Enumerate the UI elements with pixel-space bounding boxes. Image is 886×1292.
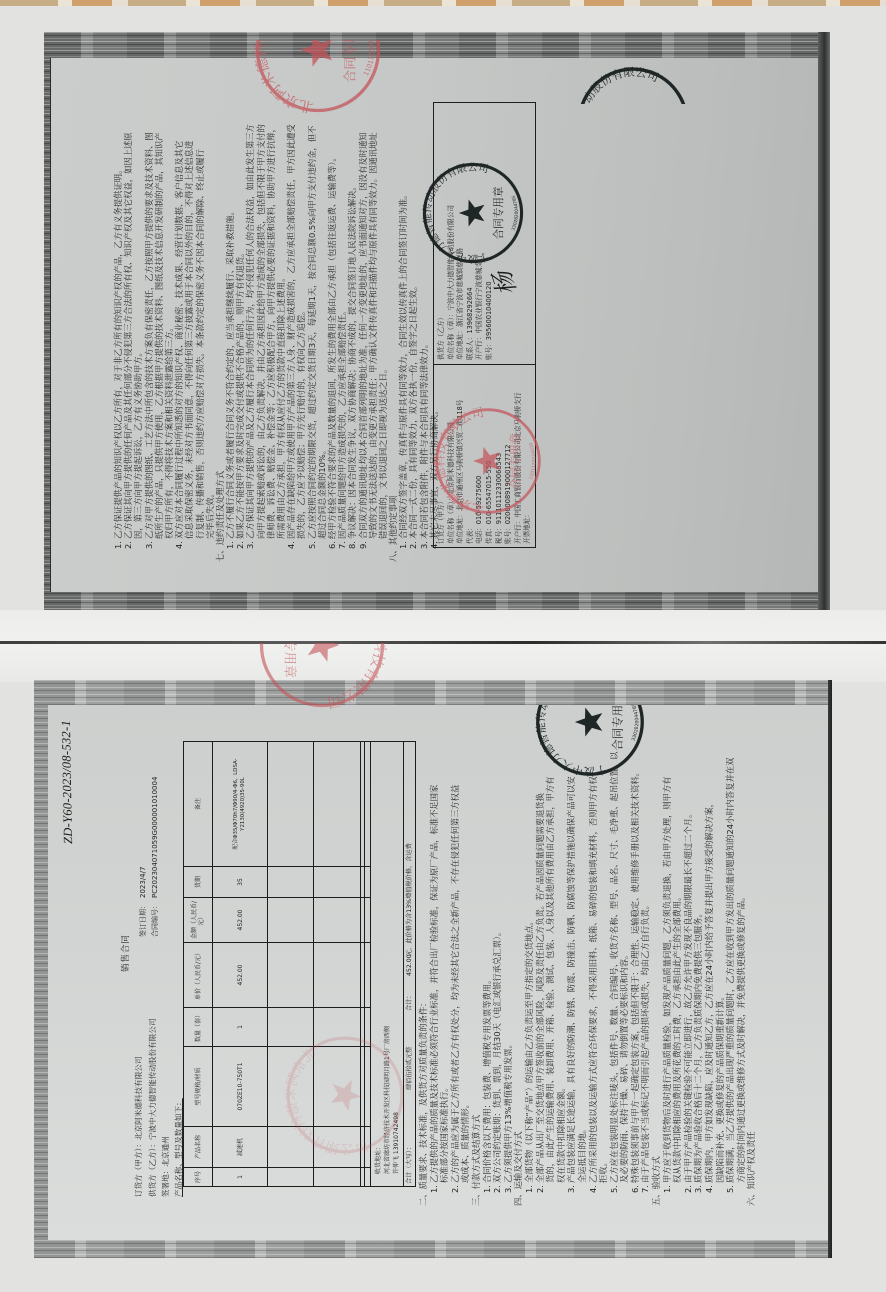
clause-line: 权从货款中扣除相应的费用及所花费的工时费，乙方承担由此产生的全部费用。 (672, 740, 683, 1206)
clause-number: 2. (683, 1183, 694, 1193)
stamp-center-text: 合同专用章 (508, 433, 522, 489)
clause-text: 因产品存在缺陷给甲方或使用甲方产品的第三方人身、财产造成损害的，乙方应承担全部赔… (286, 124, 296, 539)
table-cell (314, 1168, 361, 1187)
bottom-contract-sheet: ZD-Y60-2023/08-532-1 销售合同 订货方（甲方）：北京阿米德科… (34, 680, 832, 1258)
clause-line: 行复制、传播和销售，否则违约方应赔偿对方损失。本条款约定的保密义务不因本合同的解… (195, 92, 205, 562)
top-contract-sheet: 1.乙方保证提供产品的知识产权以乙方所有，对于非乙方所有的知识产权的产品，乙方有… (44, 32, 830, 610)
clause-text: 如果乙方不能按甲方要求及时完成交付或提供不合格产品的，则甲方有权退货。 (235, 249, 245, 539)
clause-text: 由于产品包装不当或标记不明而引起产品的损坏或损失，均由乙方自行负责。 (640, 901, 650, 1183)
clause-line: 1.合同价格含以下费用：包装费、增值税专用发票等费用。 (482, 740, 493, 1206)
table-cell: 452.00 (213, 943, 268, 1008)
clause-text: 权归甲方所有，不得将技术方案和相关资料泄露给第三方。 (164, 323, 174, 539)
clause-text: 由于甲方产品检验的关键检验不可能立即进行，故乙方允许甲方发现不良品的期限最长不超… (683, 810, 693, 1183)
clause-number: 5. (307, 539, 317, 549)
table-header-cell: 备注 (184, 742, 213, 867)
clause-number: 7. (640, 1183, 651, 1193)
document-title: 销售合同 (119, 934, 131, 972)
seam-stamp-buyer-top: 北京阿米德科技有限公司 合同专用章 1101120024010 (250, 40, 390, 116)
table-cell (314, 943, 361, 1008)
clause-text: 质保期内，甲方如发现缺陷，应及时通知乙方，乙方应在24小时内给予答复并提出甲方接… (704, 799, 714, 1183)
clause-text: 双方公司约定账期：货到、票到，月结30天（电汇或银行承兑汇票）。 (492, 928, 502, 1183)
stamp-arc-text: 北京阿米德科技有限公司 (325, 643, 387, 711)
seam-stamp-graphic: 北京阿米德科技有限公司 合同专用章 1101120024010 (250, 40, 390, 116)
clause-number: 5. (725, 1183, 736, 1193)
star-icon (308, 643, 340, 662)
clause-text: 完毕后失效。 (205, 489, 215, 539)
contract-number: 合同编号：PC202304071059G000001010004 (150, 777, 160, 937)
clause-line: 向甲方提起索赔或诉讼的，由乙方负责解决，并由乙方承担因此给甲方造成的全部损失，包… (256, 92, 266, 562)
clause-line: 1.全部货物（以下称“产品”）的运输由乙方负责运至甲方指定的交货地点。 (524, 740, 535, 1206)
table-header-cell: 数量（套） (184, 1008, 213, 1047)
clause-line: 1.乙方保证提供产品的知识产权以乙方所有，对于非乙方所有的知识产权的产品，乙方有… (113, 92, 123, 562)
clause-text: 及必要的防雨、保持干燥、易碎、请勿倒置等必要标识和内容。 (619, 951, 629, 1183)
star-icon (323, 1075, 365, 1117)
clause-number: 1. (225, 539, 235, 549)
clause-text: 乙方应在包装明显处标注唛头，包括件号、数量、合同编号、收货方名称、型号、品名、尺… (609, 752, 619, 1183)
clause-line: 因缺陷而补充、更换或修复的产品质保期重新计算。 (715, 740, 726, 1206)
clause-line: 所需费用由乙方承担，甲方有权从应付乙方的货款中直接扣除上述费用。 (276, 92, 286, 562)
clause-text: 货的，由此产生的运输费用、装卸费用、开箱、检验、测试、包装、人身以及其他所有费用… (545, 776, 555, 1183)
signing-date: 签订日期：2023/4/7 (138, 867, 148, 937)
star-icon (575, 708, 602, 737)
clause-line: 4.质保期内，甲方如发现缺陷，应及时通知乙方，乙方应在24小时内给予答复并提出甲… (704, 740, 715, 1206)
clause-text: 拒收。 (598, 1158, 608, 1183)
stamp-arc-textpath: 宁波中大力德智能传动股份有限公司 (420, 162, 489, 266)
table-header-cell: 金额（人民币/元） (184, 898, 213, 943)
clause-number: 3. (245, 539, 255, 549)
clause-line: 全运抵目的地。 (577, 740, 588, 1206)
clause-text: 方商定的时间内通过更换或维修方式及时解决，并免费提供更换或修复的产品。 (736, 893, 746, 1183)
clause-line: 7.由于产品包装不当或标记不明而引起产品的损坏或损失，均由乙方自行负责。 (640, 740, 651, 1206)
clause-number: 8. (347, 539, 357, 549)
clause-number: 2. (492, 1183, 503, 1193)
clause-text: 本合同一式二份，具有同等效力，双方各执一份，自签字之日起生效。 (408, 282, 418, 539)
table-cell: 1 (213, 1008, 268, 1047)
clause-list: 二、质量要求、技术标准，及供货方对质量负责的条件：1.乙方提供的产品的质量及技术… (418, 740, 757, 1206)
clause-text: 甲方应于收到货物后及时进行产品质量检验，如发现产品质量问题，乙方须负责退换，若由… (662, 776, 672, 1183)
clause-line: 2.如果乙方不能按甲方要求及时完成交付或提供不合格产品的，则甲方有权退货。 (235, 92, 245, 562)
clause-line: 3.乙方须提供甲方13%增值税专用发票。 (503, 740, 514, 1206)
clause-number: 7. (337, 539, 347, 549)
clause-line: 5.乙方应在包装明显处标注唛头，包括件号、数量、合同编号、收货方名称、型号、品名… (609, 740, 620, 1206)
clause-text: 全运抵目的地。 (577, 1125, 587, 1183)
clause-text: 标准部分按国家标准执行。 (439, 1083, 449, 1183)
top-sheet-page: 1.乙方保证提供产品的知识产权以乙方所有，对于非乙方所有的知识产权的产品，乙方有… (50, 58, 818, 592)
star-icon (473, 447, 500, 475)
clause-number: 1. (398, 539, 408, 549)
table-header-cell: 型号规格/材质 (184, 1047, 213, 1127)
clause-line: 5.乙方应按照合同约定的期限交货，超过约定交货日期3天，每延期1天，按合同总额0… (307, 92, 317, 562)
clause-line: 导致的文书无法送达的，由变更方承担责任；甲方确认文件传真件和扫描件均与原件具有同… (368, 92, 378, 562)
table-cell: 1 (213, 1168, 268, 1187)
section-heading: 五、验收方式 (651, 740, 662, 1206)
clause-text: 因，第三方向甲方提起诉讼，乙方有义务协助甲方。 (133, 348, 143, 539)
table-header-cell: 产品名称 (184, 1127, 213, 1168)
clause-line: 4.乙方所采用的包装以及运输方式应符合环保要求，不得采用旧料、纸箱、易碎的包装和… (588, 740, 599, 1206)
clause-text: 乙方应按照合同约定的期限交货，超过约定交货日期3天，每延期1天，按合同总额0.5… (307, 126, 317, 539)
clause-text: 错误退回的，文书以退回之日即视为送达之日。 (378, 365, 388, 539)
contract-number-label: 合同编号： (151, 902, 159, 937)
clause-text: 全部货物（以下称“产品”）的运输由乙方负责运至甲方指定的交货地点。 (524, 917, 534, 1183)
clause-line: 7.因产品质量问题给甲方造成损失的，乙方应承担全部赔偿责任。 (337, 92, 347, 562)
clause-text: 合同双方的通讯地址均以本合同首部列明的地址为准，任何一方变更地址的，应书面通知对… (358, 132, 368, 539)
clause-line: 权归甲方所有，不得将技术方案和相关资料泄露给第三方。 (164, 92, 174, 562)
clause-number: 2. (535, 1183, 546, 1193)
clause-line: 及必要的防雨、保持干燥、易碎、请勿倒置等必要标识和内容。 (619, 740, 630, 1206)
section-heading: 八、其他约定事项 (388, 92, 398, 562)
table-cell: 070ZE10-750T1 (213, 1047, 268, 1127)
clause-text: 或成本、质量的情形。 (460, 1100, 470, 1183)
clause-text: 行复制、传播和销售，否则违约方应赔偿对方损失。本条款约定的保密义务不因本合同的解… (195, 149, 205, 539)
table-cell (314, 742, 361, 867)
seller-contract-stamp: 宁波中大力德智能传动股份有限公司 合同专用章 3302820044785 (420, 160, 526, 266)
table-row: 1减速机070ZE10-750T11452.00452.0035配合Φ35/Φ7… (213, 742, 268, 1187)
star-icon (300, 40, 332, 67)
clause-line: 4.因产品存在缺陷给甲方或使用甲方产品的第三方人身、财产造成损害的，乙方应承担全… (286, 92, 296, 562)
clause-line: 3.产品包装应满足长途运输，具有良好的防潮、防锈、防震、防撞击、防晒、防腐蚀等保… (566, 740, 577, 1206)
stamp-arc-text: 宁波中大力德智能传动股份有限公司 (420, 162, 489, 266)
table-cell (268, 1168, 314, 1187)
clause-text: 乙方须提供甲方13%增值税专用发票。 (503, 1040, 513, 1183)
section-heading: 二、质量要求、技术标准，及供货方对质量负责的条件： (418, 740, 429, 1206)
clause-line: 3.乙方保证其向甲方提供的产品及乙方履行本合同所为的任何行为，均不侵犯任何人的合… (245, 92, 255, 562)
clause-number: 4. (286, 539, 296, 549)
clause-text: 因产品质量问题给甲方造成损失的，乙方应承担全部赔偿责任。 (337, 307, 347, 539)
total-note: 元，此价格为含13%增值税价格，含运费 (406, 843, 413, 956)
clause-line: 4.双方应对本合同履行过程中所知悉的对方的知识产权、商业秘密、技术成果、经营计划… (174, 92, 184, 562)
section-heading: 四、运输及交付方式 (513, 740, 524, 1206)
signing-date-value: 2023/4/7 (139, 867, 147, 898)
clause-text: 争议解决：因本合同发生争议，双方协商解决；协商不成的，提交合同签订地人民法院诉讼… (347, 182, 357, 539)
table-cell: 35 (213, 867, 268, 898)
section-heading: 六、知识产权及责任 (746, 740, 757, 1206)
clause-text: 合同价格含以下费用：包装费、增值税专用发票等费用。 (482, 976, 492, 1183)
clause-number: 4. (174, 539, 184, 549)
clause-text: 律师费、诉讼费、赔偿金、补偿金等；乙方应积极配合甲方，向甲方提供必要的证据和资料… (266, 124, 276, 539)
clause-text: 双方应对本合同履行过程中所知悉的对方的知识产权、商业秘密、技术成果、经营计划数据… (174, 141, 184, 539)
clause-number: 4. (588, 1183, 599, 1193)
fold-line (0, 641, 886, 644)
bottom-sheet-page: ZD-Y60-2023/08-532-1 销售合同 订货方（甲方）：北京阿米德科… (48, 705, 828, 1240)
clause-text: 权在货款中扣除相应金额。 (556, 1083, 566, 1183)
clause-line: 信息采取保密义务，未经对方书面同意，不得向任何第三方披露或用于本合同以外的目的，… (184, 92, 194, 562)
clause-number: 2. (123, 539, 133, 549)
clause-line: 1.乙方不履行合同义务或者履行合同义务不符合约定的，应当承担继续履行、采取补救措… (225, 92, 235, 562)
clause-text: 因缺陷而补充、更换或修复的产品质保期重新计算。 (715, 992, 725, 1183)
clause-text: 纸所生产的产品，只提供甲方使用，乙方根据甲方提供的技术资料、图纸及技术信息开发研… (154, 132, 164, 539)
star-icon (459, 200, 485, 227)
clause-line: 方商定的时间内通过更换或维修方式及时解决，并免费提供更换或修复的产品。 (736, 740, 747, 1206)
bleed-through-stamp: 北京阿米德科技有限公司 (283, 1033, 407, 1157)
clause-text: 信息采取保密义务，未经对方书面同意，不得向任何第三方披露或用于本合同以外的目的，… (184, 141, 194, 539)
clause-number: 9. (358, 539, 368, 549)
clause-text: 向甲方提起索赔或诉讼的，由乙方负责解决，并由乙方承担因此给甲方造成的全部损失，包… (256, 124, 266, 539)
clause-number: 4. (704, 1183, 715, 1193)
table-cell (314, 867, 361, 898)
stamp-arc-textpath: 北京阿米德科技有限公司 (325, 643, 387, 711)
scan-edge (828, 680, 832, 1258)
clause-number: 6. (327, 539, 337, 549)
clause-number: 1. (429, 1183, 440, 1193)
clause-line: 律师费、诉讼费、赔偿金、补偿金等；乙方应积极配合甲方，向甲方提供必要的证据和资料… (266, 92, 276, 562)
clause-line: 2.全部产品从出厂至交货地点甲方签收前的全部风险，风险及责任由乙方负责。若产品因… (535, 740, 546, 1206)
signing-place: 签署地：北京通州 (160, 1136, 171, 1197)
clause-line: 3.乙方对甲方提供的图纸、工艺方法中所包含的技术方案负有保密责任，乙方按照甲方提… (144, 92, 154, 562)
clause-line: 纸所生产的产品，只提供甲方使用，乙方根据甲方提供的技术资料、图纸及技术信息开发研… (154, 92, 164, 562)
stamp-center-text: 合同专用章 (492, 186, 505, 239)
clause-line: 货的，由此产生的运输费用、装卸费用、开箱、检验、测试、包装、人身以及其他所有费用… (545, 740, 556, 1206)
clause-text: 导致的文书无法送达的，由变更方承担责任；甲方确认文件传真件和扫描件均与原件具有同… (368, 132, 378, 539)
table-cell (268, 742, 314, 867)
clause-number: 3. (503, 1183, 514, 1193)
handwritten-file-code: ZD-Y60-2023/08-532-1 (59, 720, 76, 844)
clause-text: 超过合同总金额的10%。 (317, 446, 327, 539)
table-header-cell: 序号 (184, 1168, 213, 1187)
clause-number: 2. (408, 539, 418, 549)
clause-text: 乙方对甲方提供的图纸、工艺方法中所包含的技术方案负有保密责任，乙方按照甲方提供的… (144, 132, 154, 539)
clause-text: 乙方提供的产品的质量及技术标准必须符合行业标准，并符合出厂检验标准，保证为原厂产… (429, 785, 439, 1183)
clause-line: 2.双方公司约定账期：货到、票到，月结30天（电汇或银行承兑汇票）。 (492, 740, 503, 1206)
stamp-center-text: 合同专用章 (282, 643, 299, 678)
clause-line: 5.质保期满，当乙方提供的产品出现严重的质量问题时，乙方应在收到甲方发出的质量问… (725, 740, 736, 1206)
clause-text: 合同经双方签字盖章，传真件与原件具有同等效力，合同生效以传真件上的合同签订时间为… (398, 191, 408, 539)
clause-text: 乙方不履行合同义务或者履行合同义务不符合约定的，应当承担继续履行、采取补救措施。 (225, 207, 235, 539)
clause-text: 损失的，乙方应予以赔偿；甲方先行赔付的，有权向乙方追偿。 (296, 307, 306, 539)
clause-text: 经甲方检验不符合要求的产品及数量的退回，所发生的费用全部由乙方承担（包括往返运费… (327, 153, 337, 539)
total-upper-label: 合计（大写）： (406, 1144, 413, 1184)
clause-line: 3.质保期为产品验收合格后十二个月，乙方负责质保期内免费提供三包服务。 (693, 740, 704, 1206)
clause-text: 所需费用由乙方承担，甲方有权从应付乙方的货款中直接扣除上述费用。 (276, 273, 286, 539)
table-edge-strip (0, 0, 886, 6)
seam-stamp-seller-top: 宁波中大力德智能传动股份有限公司 (570, 60, 700, 104)
clause-line: 因，第三方向甲方提起诉讼，乙方有义务协助甲方。 (133, 92, 143, 562)
clause-number: 2. (235, 539, 245, 549)
clause-text: 权从货款中扣除相应的费用及所花费的工时费，乙方承担由此产生的全部费用。 (672, 893, 682, 1183)
clause-line: 完毕后失效。 (205, 92, 215, 562)
table-header-row: 序号产品名称型号规格/材质数量（套）单价（人民币/元）金额（人民币/元）货期备注 (184, 742, 213, 1187)
contract-number-value: PC202304071059G000001010004 (151, 777, 159, 898)
clause-line: 超过合同总金额的10%。 (317, 92, 327, 562)
clause-number: 3. (566, 1183, 577, 1193)
clause-line: 2.乙方保证其向甲方提供的任何产品及其任何部分不侵犯第三方合法的所有权、知识产权… (123, 92, 133, 562)
clause-line: 错误退回的，文书以退回之日即视为送达之日。 (378, 92, 388, 562)
stamp-center-text: 合同专用章 (341, 40, 358, 83)
clause-text: 乙方保证提供产品的知识产权以乙方所有，对于非乙方所有的知识产权的产品，乙方有义务… (113, 166, 123, 539)
clause-text: 乙方保证其向甲方提供的产品及乙方履行本合同所为的任何行为，均不侵犯任何人的合法权… (245, 124, 255, 539)
table-header-cell: 货期 (184, 867, 213, 898)
stamp-arc-textpath: 宁波中大力德智能传动股份有限公司 (570, 60, 661, 104)
clause-line: 或成本、质量的情形。 (460, 740, 471, 1206)
seller-party: 供货方（乙方）：宁波中大力德智能传动股份有限公司 (147, 1019, 158, 1197)
clause-number: 5. (609, 1183, 620, 1193)
clause-number: 3. (419, 539, 429, 549)
clause-line: 2.本合同一式二份，具有同等效力，双方各执一份，自签字之日起生效。 (408, 92, 418, 562)
clause-line: 1.甲方应于收到货物后及时进行产品质量检验，如发现产品质量问题，乙方须负责退换，… (662, 740, 673, 1206)
total-amount: 452.00 (406, 954, 413, 976)
clause-line: 1.乙方提供的产品的质量及技术标准必须符合行业标准，并符合出厂检验标准，保证为原… (429, 740, 440, 1206)
clause-number: 1. (113, 539, 123, 549)
clause-text: 乙方保证其向甲方提供的任何产品及其任何部分不侵犯第三方合法的所有权、知识产权及其… (123, 132, 133, 539)
table-cell (268, 867, 314, 898)
table-cell (268, 898, 314, 943)
clause-text: 本合同若包含附件，附件与本合同具有同等法律效力。 (419, 340, 429, 539)
seam-stamp-graphic: 宁波中大力德智能传动股份有限公司 (570, 60, 700, 104)
clause-line: 权在货款中扣除相应金额。 (556, 740, 567, 1206)
table-cell (268, 943, 314, 1008)
page-gap (0, 610, 886, 682)
clause-line: 1.合同经双方签字盖章，传真件与原件具有同等效力，合同生效以传真件上的合同签订时… (398, 92, 408, 562)
clause-line: 标准部分按国家标准执行。 (439, 740, 450, 1206)
table-cell: 452.00 (213, 898, 268, 943)
clause-text: 质保期满，当乙方提供的产品出现严重的质量问题时，乙方应在收到甲方发出的质量问题通… (725, 758, 735, 1183)
clause-line: 2.乙方的产品应为属于乙方所有或者乙方有权处分，均为未经其它合法之全新产品，不存… (450, 740, 461, 1206)
clause-line: 拒收。 (598, 740, 609, 1206)
seam-stamp-graphic: 北京阿米德科技有限公司 合同专用章 (255, 643, 391, 711)
stamp-arc-text: 宁波中大力德智能传动股份有限公司 (570, 60, 661, 104)
clause-line: 损失的，乙方应予以赔偿；甲方先行赔付的，有权向乙方追偿。 (296, 92, 306, 562)
clause-list: 1.乙方保证提供产品的知识产权以乙方所有，对于非乙方所有的知识产权的产品，乙方有… (113, 92, 439, 562)
stamp-center-text: 合同专用章 (610, 705, 624, 750)
clause-line: 2.由于甲方产品检验的关键检验不可能立即进行，故乙方允许甲方发现不良品的期限最长… (683, 740, 694, 1206)
signing-date-label: 签订日期： (139, 902, 147, 937)
clause-text: 乙方的产品应为属于乙方所有或者乙方有权处分，均为未经其它合法之全新产品，不存在侵… (450, 785, 460, 1183)
clause-text: 乙方所采用的包装以及运输方式应符合环保要求，不得采用旧料、纸箱、易碎的包装和填充… (588, 776, 598, 1183)
table-cell (314, 898, 361, 943)
clause-line: 9.合同双方的通讯地址均以本合同首部列明的地址为准，任何一方变更地址的，应书面通… (358, 92, 368, 562)
clause-number: 1. (662, 1183, 673, 1193)
clause-number: 6. (630, 1183, 641, 1193)
table-header-cell: 单价（人民币/元） (184, 943, 213, 1008)
bottom-sheet-portrait: ZD-Y60-2023/08-532-1 销售合同 订货方（甲方）：北京阿米德科… (48, 705, 828, 1240)
buyer-contract-stamp: 北京阿米德科技有限公司 合同专用章 1101120024010 (432, 405, 544, 517)
section-heading: 三、付款方式及结算方式 (471, 740, 482, 1206)
clause-line: 6.经甲方检验不符合要求的产品及数量的退回，所发生的费用全部由乙方承担（包括往返… (327, 92, 337, 562)
top-sheet-portrait: 1.乙方保证提供产品的知识产权以乙方所有，对于非乙方所有的知识产权的产品，乙方有… (51, 58, 818, 592)
seam-stamp-buyer-bottom: 北京阿米德科技有限公司 合同专用章 (255, 643, 391, 711)
clause-text: 特殊包装须事前与甲方一起确定包装方案，包括但不限于：合理性、运输稳定、使用维修手… (630, 768, 640, 1183)
scan-edge (818, 32, 830, 610)
table-cell: 减速机 (213, 1127, 268, 1168)
clause-text: 质保期为产品验收合格后十二个月，乙方负责质保期内免费提供三包服务。 (693, 909, 703, 1183)
buyer-party: 订货方（甲方）：北京阿米德科技有限公司 (133, 1057, 144, 1197)
clause-line: 8.争议解决：因本合同发生争议，双方协商解决；协商不成的，提交合同签订地人民法院… (347, 92, 357, 562)
total-label: 合计： (406, 992, 413, 1011)
clause-text: 全部产品从出厂至交货地点甲方签收前的全部风险，风险及责任由乙方负责。若产品因质量… (535, 793, 545, 1183)
seller-contract-stamp: 宁波中大力德智能传动股份有限公司 合同专用章 3302820044785 (533, 705, 647, 779)
clause-number: 1. (482, 1183, 493, 1193)
clause-line: 6.特殊包装须事前与甲方一起确定包装方案，包括但不限于：合理性、运输稳定、使用维… (630, 740, 641, 1206)
table-cell: 配合Φ35/Φ70h7/Φ90/4-Φ6，LDSA-Y2130(4920)35-… (213, 742, 268, 867)
clause-number: 3. (693, 1183, 704, 1193)
clause-text: 产品包装应满足长途运输，具有良好的防潮、防锈、防震、防撞击、防晒、防腐蚀等保护措… (566, 776, 576, 1183)
clause-number: 3. (144, 539, 154, 549)
clause-number: 2. (450, 1183, 461, 1193)
clause-number: 1. (524, 1183, 535, 1193)
total-upper-amount: 肆佰伍拾贰元整 (406, 1047, 413, 1090)
section-heading: 七、违约责任及处理方式 (215, 92, 225, 562)
